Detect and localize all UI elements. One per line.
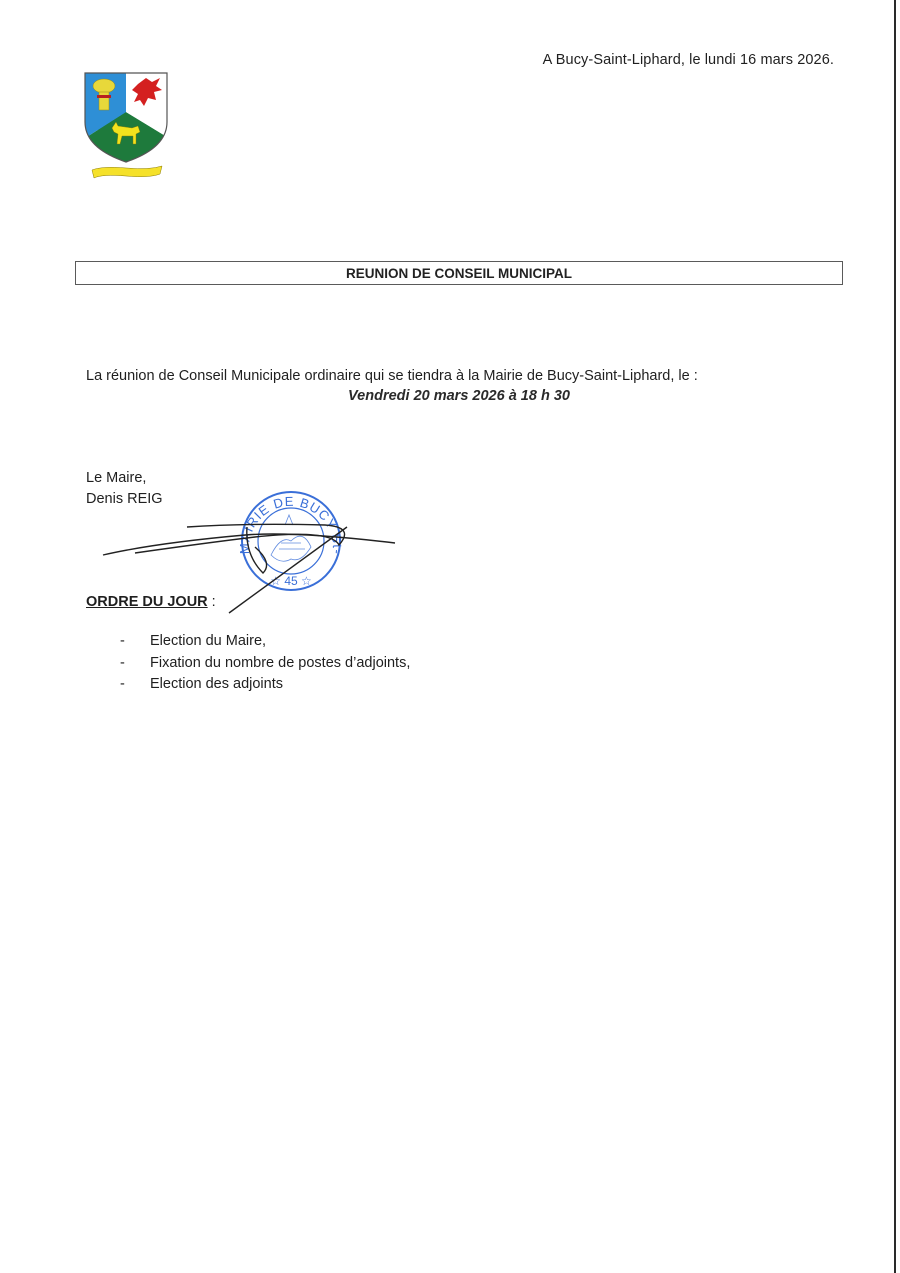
bullet-dash: - — [120, 676, 150, 698]
date-place-line: A Bucy-Saint-Liphard, le lundi 16 mars 2… — [543, 52, 834, 68]
agenda-item: - Election du Maire, — [120, 633, 410, 655]
agenda-item-text: Election des adjoints — [150, 676, 283, 698]
meeting-intro-text: La réunion de Conseil Municipale ordinai… — [86, 368, 698, 384]
agenda-item-text: Fixation du nombre de postes d’adjoints, — [150, 655, 410, 677]
agenda-list: - Election du Maire, - Fixation du nombr… — [120, 633, 410, 698]
agenda-item-text: Election du Maire, — [150, 633, 266, 655]
signatory-role: Le Maire, — [86, 470, 146, 486]
scan-page-edge — [894, 0, 896, 1273]
agenda-item: - Election des adjoints — [120, 676, 410, 698]
bullet-dash: - — [120, 655, 150, 677]
bullet-dash: - — [120, 633, 150, 655]
agenda-heading: ORDRE DU JOUR : — [86, 594, 216, 610]
meeting-datetime: Vendredi 20 mars 2026 à 18 h 30 — [0, 388, 900, 404]
agenda-heading-colon: : — [208, 594, 216, 610]
document-title-box: REUNION DE CONSEIL MUNICIPAL — [75, 261, 843, 285]
agenda-heading-label: ORDRE DU JOUR — [86, 594, 208, 610]
municipal-coat-of-arms-icon — [82, 70, 172, 182]
svg-text:☆ 45 ☆: ☆ 45 ☆ — [270, 574, 312, 588]
agenda-item: - Fixation du nombre de postes d’adjoint… — [120, 655, 410, 677]
document-title: REUNION DE CONSEIL MUNICIPAL — [346, 266, 572, 281]
